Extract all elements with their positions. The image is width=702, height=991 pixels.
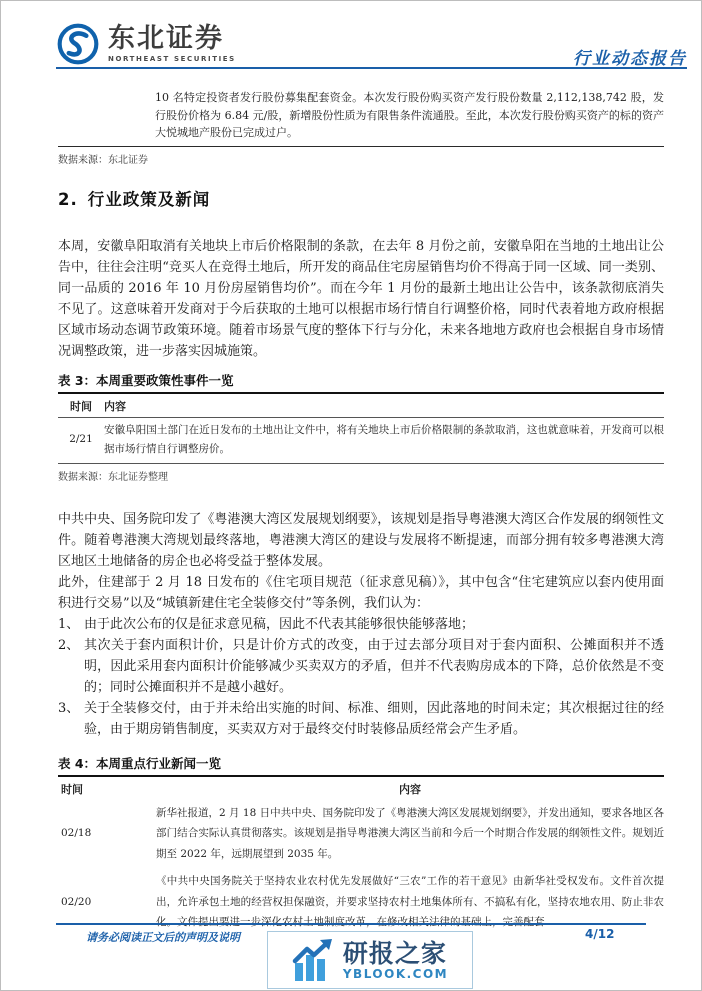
list-item-number: 2、 [58,635,84,698]
table4-row-time: 02/18 [58,823,156,844]
table-row: 2/21 安徽阜阳国土部门在近日发布的土地出让文件中，将有关地块上市后价格限制的… [58,418,664,464]
table3-col-content: 内容 [104,398,664,414]
table4-title: 表 4：本周重点行业新闻一览 [58,754,664,777]
brand-name-en: NORTHEAST SECURITIES [108,55,236,63]
table3-row-content: 安徽阜阳国土部门在近日发布的土地出让文件中，将有关地块上市后价格限制的条款取消，… [104,421,664,459]
list-item-number: 3、 [58,698,84,740]
policy-events-table: 表 3：本周重要政策性事件一览 时间 内容 2/21 安徽阜阳国土部门在近日发布… [58,371,664,483]
policy-paragraph: 本周，安徽阜阳取消有关地块上市后价格限制的条款，在去年 8 月份之前，安徽阜阳在… [58,236,664,362]
list-item: 1、 由于此次公布的仅是征求意见稿，因此不代表其能够很快能够落地； [58,614,664,635]
brand-text: 东北证券 NORTHEAST SECURITIES [108,25,236,63]
opinion-list: 1、 由于此次公布的仅是征求意见稿，因此不代表其能够很快能够落地； 2、 其次关… [58,614,664,740]
page-number: 4/12 [585,927,614,941]
data-source-note: 数据来源：东北证券整理 [58,464,664,483]
northeast-securities-logo-icon [56,22,100,66]
table4-header-row: 时间 内容 [58,777,664,800]
section-heading: 2.行业政策及新闻 [58,186,664,210]
table3-col-time: 时间 [58,398,104,414]
table-row: 02/18 新华社报道，2 月 18 日中共中央、国务院印发了《粤港澳大湾区发展… [58,800,664,869]
table3-header-row: 时间 内容 [58,394,664,418]
table4-col-content: 内容 [156,781,664,797]
yblook-watermark-text: 研报之家 YBLOOK.COM [343,941,448,980]
table4-col-time: 时间 [58,781,156,797]
industry-news-table: 表 4：本周重点行业新闻一览 时间 内容 02/18 新华社报道，2 月 18 … [58,754,664,937]
yblook-name: 研报之家 [343,941,448,966]
footer-divider [56,923,646,925]
table4-row-content: 新华社报道，2 月 18 日中共中央、国务院印发了《粤港澳大湾区发展规划纲要》，… [156,803,664,865]
table4-row-time: 02/20 [58,892,156,913]
report-type-label: 行业动态报告 [573,44,687,69]
greater-bay-paragraph: 中共中央、国务院印发了《粤港澳大湾区发展规划纲要》，该规划是指导粤港澳大湾区合作… [58,509,664,572]
list-item-text: 关于全装修交付，由于并未给出实施的时间、标准、细则，因此落地的时间未定；其次根据… [84,698,664,740]
table3-row-time: 2/21 [58,430,104,449]
data-source-note: 数据来源：东北证券 [58,147,664,166]
housing-spec-paragraph: 此外，住建部于 2 月 18 日发布的《住宅项目规范（征求意见稿）》，其中包含“… [58,572,664,614]
list-item-text: 由于此次公布的仅是征求意见稿，因此不代表其能够很快能够落地； [84,614,664,635]
section-number: 2. [58,190,78,209]
footer-disclaimer: 请务必阅读正文后的声明及说明 [86,929,240,945]
brand-logo: 东北证券 NORTHEAST SECURITIES [56,22,236,66]
yblook-watermark: 研报之家 YBLOOK.COM [267,931,473,989]
yblook-site: YBLOOK.COM [343,968,448,980]
yblook-bar-chart-arrow-icon [292,939,336,981]
list-item-text: 其次关于套内面积计价，只是计价方式的改变，由于过去部分项目对于套内面积、公摊面积… [84,635,664,698]
table3-title: 表 3：本周重要政策性事件一览 [58,371,664,394]
header-divider [56,67,687,69]
list-item: 3、 关于全装修交付，由于并未给出实施的时间、标准、细则，因此落地的时间未定；其… [58,698,664,740]
report-body: 10 名特定投资者发行股份募集配套资金。本次发行股份购买资产发行股份数量 2,1… [58,89,664,937]
report-page: 东北证券 NORTHEAST SECURITIES 行业动态报告 10 名特定投… [0,0,702,991]
table-row: 02/20 《中共中央国务院关于坚持农业农村优先发展做好“三农”工作的若干意见》… [58,868,664,937]
list-item-number: 1、 [58,614,84,635]
section-title-text: 行业政策及新闻 [88,190,211,209]
carryover-table-paragraph: 10 名特定投资者发行股份募集配套资金。本次发行股份购买资产发行股份数量 2,1… [155,89,664,142]
list-item: 2、 其次关于套内面积计价，只是计价方式的改变，由于过去部分项目对于套内面积、公… [58,635,664,698]
brand-name-cn: 东北证券 [108,25,236,52]
